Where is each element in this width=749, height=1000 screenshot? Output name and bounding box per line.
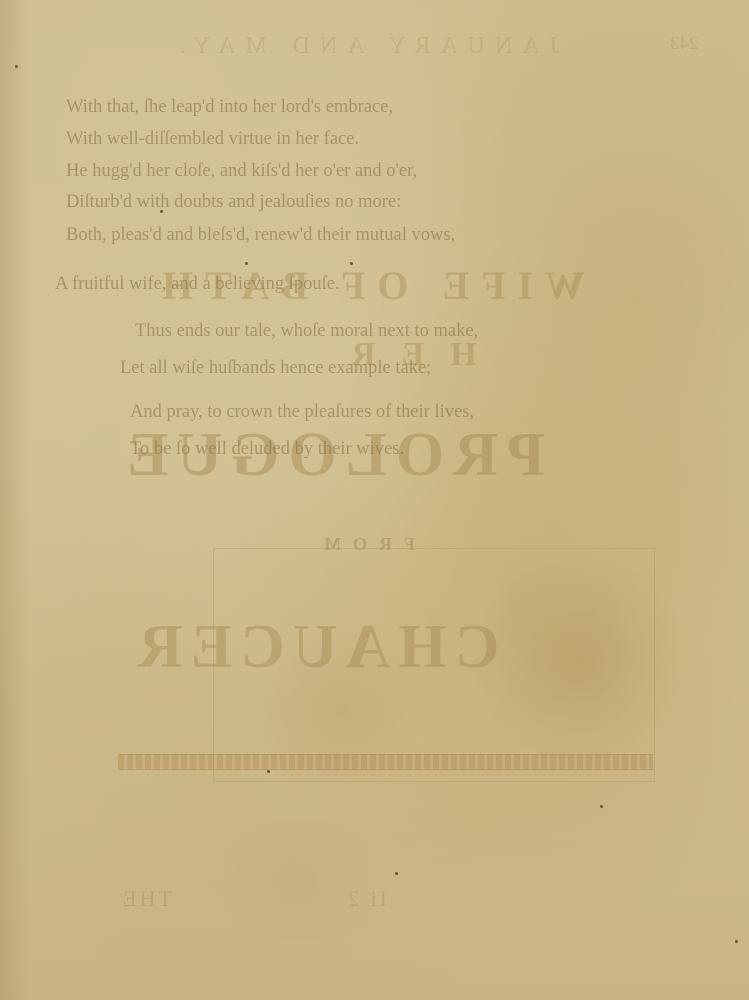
poem-line: He hugg'd her cloſe, and kiſs'd her o'er…: [66, 162, 417, 181]
paper-speck: [15, 65, 18, 68]
paper-speck: [245, 262, 248, 265]
page-number: 243: [670, 33, 699, 55]
poem-line: And pray, to crown the pleaſures of thei…: [130, 403, 474, 422]
ornament-rule: [118, 754, 653, 770]
paper-speck: [267, 770, 270, 773]
paper-speck: [600, 805, 603, 808]
running-head: JANUARY AND MAY.: [170, 33, 559, 60]
decorative-frame: [213, 548, 655, 782]
poem-line: To be ſo well deluded by their wives.: [130, 440, 404, 459]
signature-mark: Ii 2: [345, 886, 387, 912]
poem-line: With that, ſhe leap'd into her lord's em…: [66, 98, 393, 117]
paper-speck: [350, 262, 353, 265]
paper-speck: [160, 210, 163, 213]
poem-line: With well-diſſembled virtue in her face.: [66, 130, 359, 149]
paper-stain: [200, 820, 400, 940]
poem-line: Diſturb'd with doubts and jealouſies no …: [66, 193, 401, 212]
poem-line: A fruitful wife, and a believing ſpouſe.: [55, 275, 340, 294]
page-edge-shadow: [0, 0, 30, 1000]
paper-speck: [735, 940, 738, 943]
poem-line: Both, pleas'd and bleſs'd, renew'd their…: [66, 226, 455, 245]
poem-line: Let all wiſe huſbands hence example take…: [120, 359, 431, 378]
poem-line: Thus ends our tale, whoſe moral next to …: [135, 322, 478, 341]
catchword: THE: [120, 886, 172, 912]
paper-speck: [395, 872, 398, 875]
